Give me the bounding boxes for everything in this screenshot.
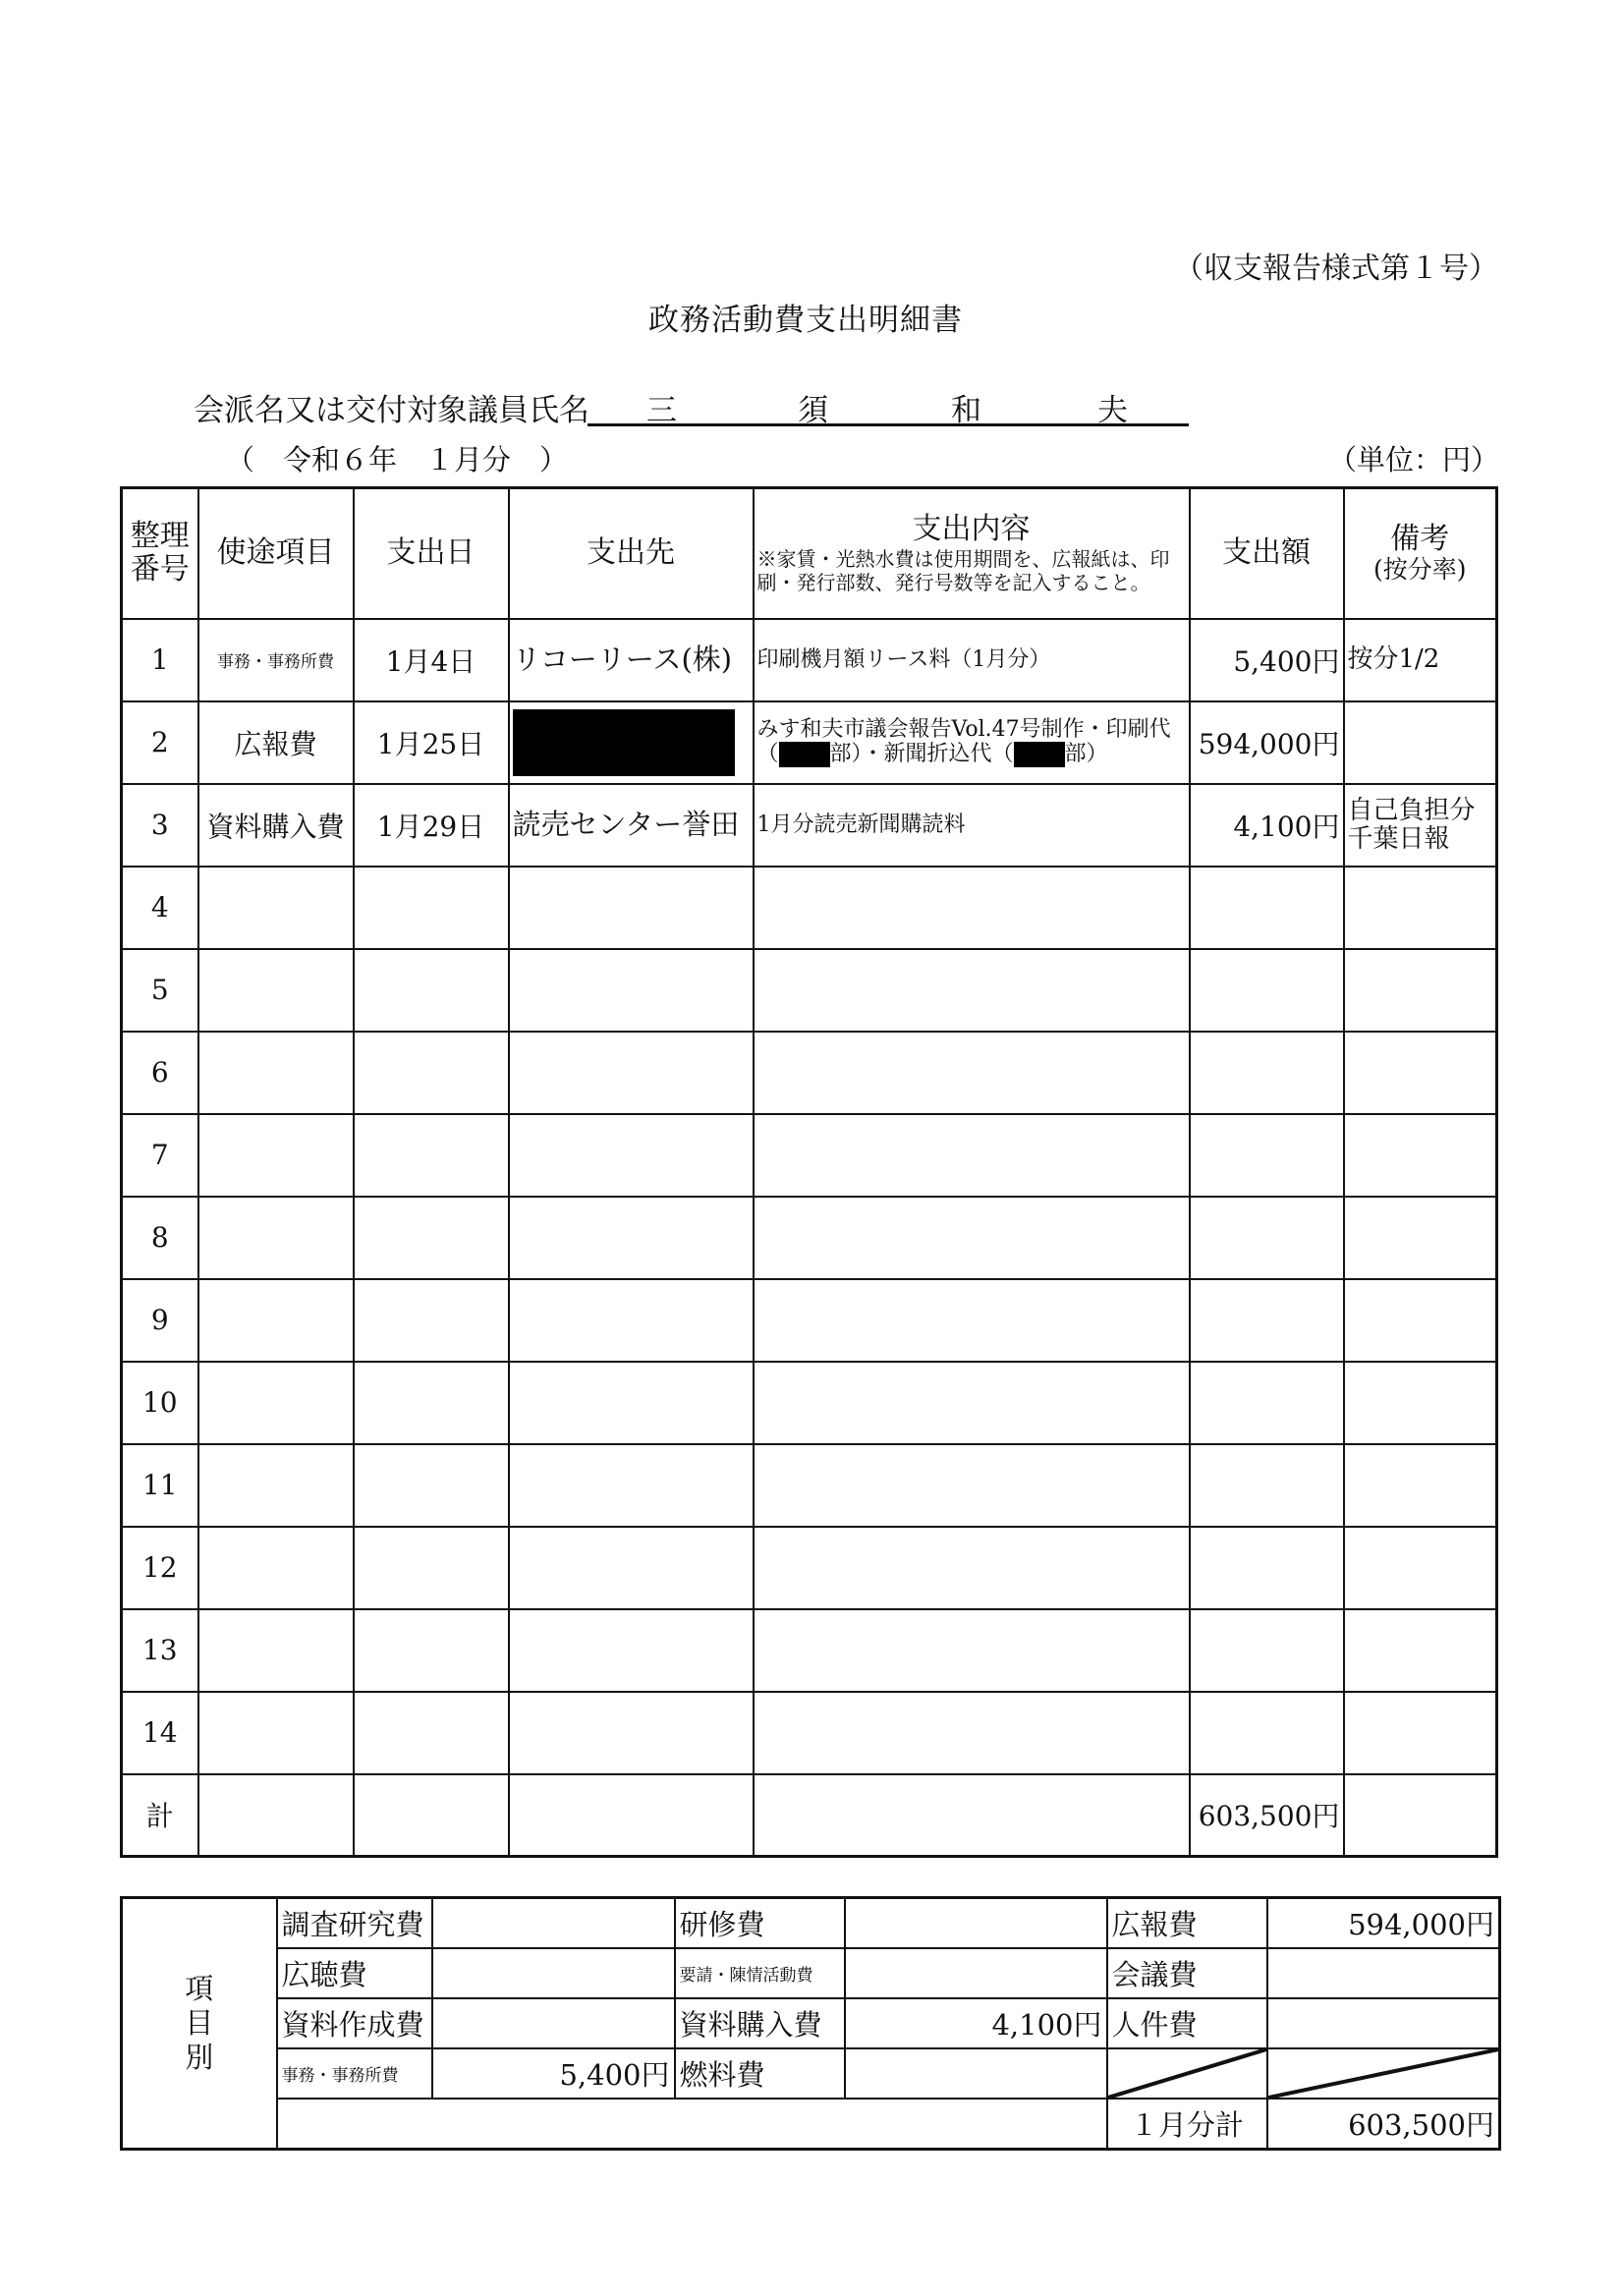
table-row: 5 bbox=[122, 949, 1497, 1032]
row-number: 6 bbox=[122, 1032, 198, 1114]
row-remark bbox=[1344, 1362, 1497, 1444]
row-content: 1月分読売新聞購読料 bbox=[754, 784, 1190, 867]
report-period: （ 令和６年 １月分 ） bbox=[226, 438, 568, 478]
row-amount bbox=[1190, 1609, 1344, 1692]
table-row: 7 bbox=[122, 1114, 1497, 1197]
row-remark bbox=[1344, 1114, 1497, 1197]
row-amount bbox=[1190, 1197, 1344, 1279]
row-date bbox=[354, 1692, 509, 1774]
row-amount bbox=[1190, 949, 1344, 1032]
category-label-office: 事務・事務所費 bbox=[277, 2048, 432, 2099]
row-date bbox=[354, 949, 509, 1032]
row-amount: 5,400円 bbox=[1190, 619, 1344, 701]
row-amount bbox=[1190, 1692, 1344, 1774]
member-name-char: 三 bbox=[646, 385, 677, 429]
row-payee bbox=[509, 1197, 754, 1279]
row-remark bbox=[1344, 1197, 1497, 1279]
category-label-hearing: 広聴費 bbox=[277, 1948, 432, 1998]
form-number: （収支報告様式第１号） bbox=[1174, 244, 1498, 287]
category-value-hearing bbox=[432, 1948, 675, 1998]
category-total-row: １月分計 603,500円 bbox=[122, 2099, 1500, 2150]
row-purpose bbox=[198, 1692, 354, 1774]
category-value-training bbox=[845, 1898, 1107, 1949]
row-date: 1月25日 bbox=[354, 701, 509, 784]
row-payee bbox=[509, 701, 754, 784]
row-date bbox=[354, 1114, 509, 1197]
row-payee bbox=[509, 1362, 754, 1444]
row-amount: 594,000円 bbox=[1190, 701, 1344, 784]
row-payee bbox=[509, 1444, 754, 1527]
row-number: 14 bbox=[122, 1692, 198, 1774]
category-value-fuel bbox=[845, 2048, 1107, 2099]
row-payee bbox=[509, 1032, 754, 1114]
table-row: 10 bbox=[122, 1362, 1497, 1444]
row-purpose bbox=[198, 1609, 354, 1692]
document-title: 政務活動費支出明細書 bbox=[648, 295, 963, 339]
row-remark bbox=[1344, 1527, 1497, 1609]
row-number: 8 bbox=[122, 1197, 198, 1279]
category-label-meeting: 会議費 bbox=[1107, 1948, 1267, 1998]
row-content bbox=[754, 867, 1190, 949]
row-amount bbox=[1190, 1527, 1344, 1609]
row-date: 1月4日 bbox=[354, 619, 509, 701]
category-label-personnel: 人件費 bbox=[1107, 1998, 1267, 2048]
category-side-label: 項目別 bbox=[122, 1898, 277, 2150]
total-blank-cell bbox=[198, 1774, 354, 1857]
row-content: みす和夫市議会報告Vol.47号制作・印刷代（部）・新聞折込代（部） bbox=[754, 701, 1190, 784]
row-content bbox=[754, 1362, 1190, 1444]
row-payee: リコーリース(株) bbox=[509, 619, 754, 701]
table-row: 8 bbox=[122, 1197, 1497, 1279]
row-content bbox=[754, 1197, 1190, 1279]
table-row: 12 bbox=[122, 1527, 1497, 1609]
column-header-purpose: 使途項目 bbox=[198, 488, 354, 619]
column-header-amount: 支出額 bbox=[1190, 488, 1344, 619]
row-purpose bbox=[198, 1197, 354, 1279]
row-remark bbox=[1344, 1609, 1497, 1692]
row-amount bbox=[1190, 867, 1344, 949]
row-amount bbox=[1190, 1444, 1344, 1527]
row-purpose bbox=[198, 1279, 354, 1362]
row-date bbox=[354, 1032, 509, 1114]
table-row: 11 bbox=[122, 1444, 1497, 1527]
row-remark bbox=[1344, 1279, 1497, 1362]
category-label-materials-creation: 資料作成費 bbox=[277, 1998, 432, 2048]
category-label-petition: 要請・陳情活動費 bbox=[675, 1948, 845, 1998]
total-blank-cell bbox=[754, 1774, 1190, 1857]
row-date bbox=[354, 1197, 509, 1279]
column-header-content: 支出内容 ※家賃・光熱水費は使用期間を、広報紙は、印刷・発行部数、発行号数等を記… bbox=[754, 488, 1190, 619]
category-value-pr: 594,000円 bbox=[1267, 1898, 1500, 1949]
row-content: 印刷機月額リース料（1月分） bbox=[754, 619, 1190, 701]
row-content bbox=[754, 1032, 1190, 1114]
row-purpose bbox=[198, 949, 354, 1032]
row-number: 9 bbox=[122, 1279, 198, 1362]
content-note: ※家賃・光熱水費は使用期間を、広報紙は、印刷・発行部数、発行号数等を記入すること… bbox=[757, 547, 1186, 594]
row-purpose: 資料購入費 bbox=[198, 784, 354, 867]
category-row: 項目別 調査研究費 研修費 広報費 594,000円 bbox=[122, 1898, 1500, 1949]
row-content bbox=[754, 949, 1190, 1032]
row-purpose bbox=[198, 1032, 354, 1114]
row-date bbox=[354, 1444, 509, 1527]
row-payee bbox=[509, 1527, 754, 1609]
row-content bbox=[754, 1279, 1190, 1362]
row-date bbox=[354, 1362, 509, 1444]
row-purpose bbox=[198, 1444, 354, 1527]
row-amount bbox=[1190, 1114, 1344, 1197]
category-summary-table: 項目別 調査研究費 研修費 広報費 594,000円 広聴費 要請・陳情活動費 … bbox=[120, 1896, 1501, 2151]
category-value-materials-creation bbox=[432, 1998, 675, 2048]
row-remark bbox=[1344, 867, 1497, 949]
diagonal-blank-cell bbox=[1267, 2048, 1500, 2099]
redacted-block bbox=[1014, 742, 1065, 767]
table-row: 4 bbox=[122, 867, 1497, 949]
row-date bbox=[354, 1609, 509, 1692]
row-date: 1月29日 bbox=[354, 784, 509, 867]
row-remark bbox=[1344, 949, 1497, 1032]
row-payee: 読売センター誉田 bbox=[509, 784, 754, 867]
category-label-fuel: 燃料費 bbox=[675, 2048, 845, 2099]
category-row: 事務・事務所費 5,400円 燃料費 bbox=[122, 2048, 1500, 2099]
row-remark bbox=[1344, 701, 1497, 784]
row-purpose bbox=[198, 867, 354, 949]
table-header-row: 整理番号 使途項目 支出日 支出先 支出内容 ※家賃・光熱水費は使用期間を、広報… bbox=[122, 488, 1497, 619]
table-row: 6 bbox=[122, 1032, 1497, 1114]
category-row: 資料作成費 資料購入費 4,100円 人件費 bbox=[122, 1998, 1500, 2048]
total-label: 計 bbox=[122, 1774, 198, 1857]
table-row: 9 bbox=[122, 1279, 1497, 1362]
category-value-personnel bbox=[1267, 1998, 1500, 2048]
table-row: 3資料購入費1月29日読売センター誉田1月分読売新聞購読料4,100円自己負担分… bbox=[122, 784, 1497, 867]
row-number: 3 bbox=[122, 784, 198, 867]
redacted-block bbox=[779, 742, 830, 767]
member-name-char: 須 bbox=[798, 385, 828, 429]
row-payee bbox=[509, 1114, 754, 1197]
category-total-blank bbox=[277, 2099, 1107, 2150]
month-total-value: 603,500円 bbox=[1267, 2099, 1500, 2150]
content-text: 部） bbox=[1065, 742, 1108, 766]
row-amount bbox=[1190, 1279, 1344, 1362]
category-label-materials-purchase: 資料購入費 bbox=[675, 1998, 845, 2048]
category-value-materials-purchase: 4,100円 bbox=[845, 1998, 1107, 2048]
row-amount bbox=[1190, 1032, 1344, 1114]
total-blank-cell bbox=[1344, 1774, 1497, 1857]
diagonal-blank-cell bbox=[1107, 2048, 1267, 2099]
total-amount: 603,500円 bbox=[1190, 1774, 1344, 1857]
row-content bbox=[754, 1444, 1190, 1527]
redacted-block bbox=[513, 709, 735, 776]
column-header-payee: 支出先 bbox=[509, 488, 754, 619]
row-amount: 4,100円 bbox=[1190, 784, 1344, 867]
row-remark bbox=[1344, 1032, 1497, 1114]
category-value-meeting bbox=[1267, 1948, 1500, 1998]
category-label-research: 調査研究費 bbox=[277, 1898, 432, 1949]
row-content bbox=[754, 1527, 1190, 1609]
row-content bbox=[754, 1692, 1190, 1774]
category-value-office: 5,400円 bbox=[432, 2048, 675, 2099]
expenditure-table: 整理番号 使途項目 支出日 支出先 支出内容 ※家賃・光熱水費は使用期間を、広報… bbox=[120, 486, 1498, 1858]
table-row: 2広報費1月25日みす和夫市議会報告Vol.47号制作・印刷代（部）・新聞折込代… bbox=[122, 701, 1497, 784]
row-payee bbox=[509, 867, 754, 949]
category-value-petition bbox=[845, 1948, 1107, 1998]
column-header-no: 整理番号 bbox=[122, 488, 198, 619]
category-row: 広聴費 要請・陳情活動費 会議費 bbox=[122, 1948, 1500, 1998]
month-total-label: １月分計 bbox=[1107, 2099, 1267, 2150]
diagonal-strike-icon bbox=[1108, 2049, 1266, 2098]
table-row: 14 bbox=[122, 1692, 1497, 1774]
row-number: 12 bbox=[122, 1527, 198, 1609]
category-label-training: 研修費 bbox=[675, 1898, 845, 1949]
row-content bbox=[754, 1609, 1190, 1692]
row-payee bbox=[509, 1609, 754, 1692]
column-header-date: 支出日 bbox=[354, 488, 509, 619]
row-date bbox=[354, 867, 509, 949]
row-number: 11 bbox=[122, 1444, 198, 1527]
table-row: 1事務・事務所費1月4日リコーリース(株)印刷機月額リース料（1月分）5,400… bbox=[122, 619, 1497, 701]
total-row: 計603,500円 bbox=[122, 1774, 1497, 1857]
total-blank-cell bbox=[354, 1774, 509, 1857]
content-title: 支出内容 bbox=[757, 513, 1186, 547]
row-remark bbox=[1344, 1692, 1497, 1774]
row-content bbox=[754, 1114, 1190, 1197]
row-purpose bbox=[198, 1527, 354, 1609]
row-number: 7 bbox=[122, 1114, 198, 1197]
row-number: 4 bbox=[122, 867, 198, 949]
currency-unit: （単位：円） bbox=[1328, 438, 1499, 478]
row-purpose: 広報費 bbox=[198, 701, 354, 784]
row-payee bbox=[509, 1692, 754, 1774]
category-label-pr: 広報費 bbox=[1107, 1898, 1267, 1949]
diagonal-strike-icon bbox=[1268, 2049, 1499, 2098]
row-purpose bbox=[198, 1362, 354, 1444]
row-payee bbox=[509, 1279, 754, 1362]
category-value-research bbox=[432, 1898, 675, 1949]
row-date bbox=[354, 1527, 509, 1609]
member-name-label: 会派名又は交付対象議員氏名 bbox=[194, 385, 589, 429]
content-text: 部）・新聞折込代（ bbox=[830, 742, 1014, 766]
row-number: 13 bbox=[122, 1609, 198, 1692]
column-header-remark: 備考 (按分率) bbox=[1344, 488, 1497, 619]
row-purpose: 事務・事務所費 bbox=[198, 619, 354, 701]
row-remark: 按分1/2 bbox=[1344, 619, 1497, 701]
total-blank-cell bbox=[509, 1774, 754, 1857]
row-payee bbox=[509, 949, 754, 1032]
member-name-char: 和 bbox=[951, 385, 981, 429]
row-number: 1 bbox=[122, 619, 198, 701]
row-number: 2 bbox=[122, 701, 198, 784]
row-number: 10 bbox=[122, 1362, 198, 1444]
row-amount bbox=[1190, 1362, 1344, 1444]
row-purpose bbox=[198, 1114, 354, 1197]
member-name-char: 夫 bbox=[1097, 385, 1128, 429]
row-remark bbox=[1344, 1444, 1497, 1527]
row-remark: 自己負担分千葉日報 bbox=[1344, 784, 1497, 867]
row-number: 5 bbox=[122, 949, 198, 1032]
row-date bbox=[354, 1279, 509, 1362]
table-row: 13 bbox=[122, 1609, 1497, 1692]
